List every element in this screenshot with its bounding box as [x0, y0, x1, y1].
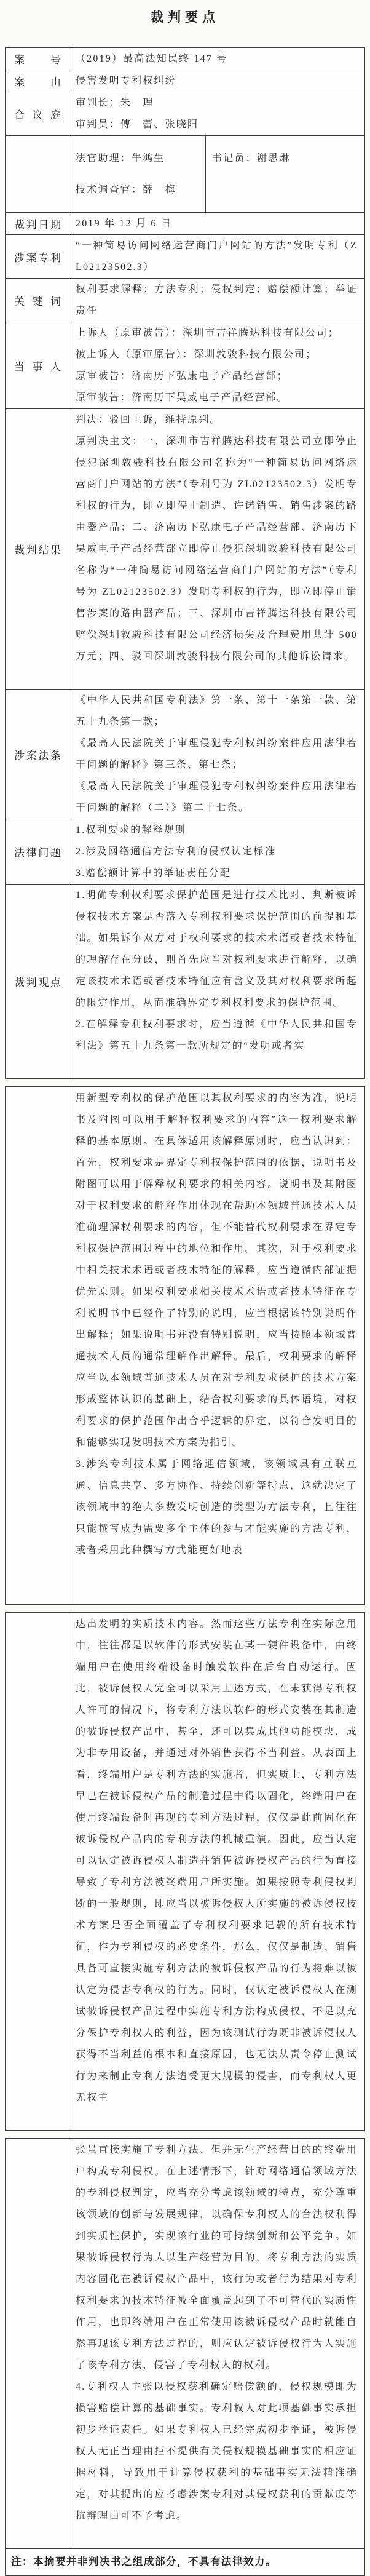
statute-2: 《最高人民法院关于审理侵犯专利权纠纷案件应用法律若干问题的解释》第三条、第七条；	[76, 733, 358, 776]
court-clerk: 书记员：谢思琳	[212, 148, 358, 169]
table-row-judgment-date: 裁判日期 2019 年 12 月 6 日	[6, 212, 364, 234]
panel-staff-label-cell	[6, 136, 69, 212]
table-row-legal-issues: 法律问题 1.权利要求的解释规则 2.涉及网络通信方法专利的侵权认定标准 3.赔…	[6, 819, 364, 884]
table-row-case-number: 案号 （2019）最高法知民终 147 号	[6, 48, 364, 70]
party-appellant: 上诉人（原审被告）：深圳市吉祥腾达科技有限公司；	[76, 322, 358, 344]
issue-3: 3.赔偿额计算中的举证责任分配	[76, 862, 358, 884]
table-row-opinions-part4: 张虽直接实施了专利方法、但并无生产经营目的的终端用户构成专利侵权。在上述情形下，…	[6, 2139, 364, 2548]
table-row-patent: 涉案专利 “一种简易访问网络运营商门户网站的方法”发明专利（ZL02123502…	[6, 234, 364, 278]
judges: 审判员：傅 蕾、张晓阳	[76, 114, 358, 135]
page-break-1	[0, 1079, 370, 1086]
result-label-cell: 裁判结果	[6, 409, 69, 689]
disclaimer-note: 注：本摘要并非判决书之组成部分，不具有法律效力。	[6, 2548, 364, 2575]
party-defendant-2: 原审被告：济南历下昊威电子产品经营部。	[76, 387, 358, 408]
table-row-result: 裁判结果 判决：驳回上诉，维持原判。 原判决主文：一、深圳市吉祥腾达科技有限公司…	[6, 408, 364, 689]
party-appellee: 被上诉人（原审原告）：深圳敦骏科技有限公司；	[76, 344, 358, 365]
opinions-part4: 张虽直接实施了专利方法、但并无生产经营目的的终端用户构成专利侵权。在上述情形下，…	[69, 2139, 364, 2548]
opinions-part1: 1.明确专利权利要求保护范围是进行技术比对、判断被诉侵权技术方案是否落入专利权利…	[69, 885, 364, 1078]
opinion-paragraph-1: 1.明确专利权利要求保护范围是进行技术比对、判断被诉侵权技术方案是否落入专利权利…	[76, 885, 358, 1014]
panel-judges: 审判长：朱 理 审判员：傅 蕾、张晓阳	[69, 92, 364, 135]
opinion-paragraph-3-start: 3.涉案专利技术属于网络通信领域，该领域具有互联互通、信息共享、多方协作、持续创…	[76, 1453, 358, 1561]
tech-investigator: 技术调查官：薛 梅	[76, 179, 199, 201]
cause-label-cell: 案由	[6, 70, 69, 92]
keywords-label-cell: 关键词	[6, 279, 69, 322]
issue-1: 1.权利要求的解释规则	[76, 819, 358, 841]
opinions-part3: 达出发明的实质技术内容。然而这些方法专利在实际应用中，往往都是以软件的形式安装在…	[69, 1613, 364, 2130]
opinion-paragraph-2-continued: 用新型专利权的保护范围以其权利要求的内容为准，说明书及附图可以用于解释权利要求的…	[76, 1087, 358, 1453]
table-row-cause: 案由 侵害发明专利权纠纷	[6, 70, 364, 92]
patent-label-cell: 涉案专利	[6, 235, 69, 278]
presiding-judge: 审判长：朱 理	[76, 92, 358, 114]
judgment-summary-document: 裁判要点 案号 （2019）最高法知民终 147 号 案由 侵害发明专利权纠纷 …	[0, 0, 370, 2576]
opinion-paragraph-3-end: 张虽直接实施了专利方法、但并无生产经营目的的终端用户构成专利侵权。在上述情形下，…	[76, 2139, 358, 2376]
opinion-paragraph-4: 4.专利权人主张以侵权获利确定赔偿额的，侵权规模即为损害赔偿计算的基础事实。专利…	[76, 2376, 358, 2527]
cause-value: 侵害发明专利权纠纷	[69, 70, 364, 92]
opinions-continued-label-cell-4	[6, 2139, 69, 2548]
opinions-continued-label-cell-2	[6, 1087, 69, 1604]
result-holding: 判决：驳回上诉，维持原判。	[76, 409, 358, 431]
statute-3: 《最高人民法院关于审理侵犯专利权纠纷案件应用法律若干问题的解释（二）》第二十七条…	[76, 776, 358, 819]
page-title: 裁判要点	[0, 9, 370, 26]
parties-label-cell: 当事人	[6, 322, 69, 408]
clerk-cell: 书记员：谢思琳	[206, 136, 364, 212]
issue-2: 2.涉及网络通信方法专利的侵权认定标准	[76, 841, 358, 862]
judge-assistant: 法官助理：牛鸿生	[76, 148, 199, 169]
case-number-value: （2019）最高法知民终 147 号	[69, 48, 364, 70]
assistant-cell: 法官助理：牛鸿生 技术调查官：薛 梅	[69, 136, 206, 212]
table-row-panel-staff: 法官助理：牛鸿生 技术调查官：薛 梅 书记员：谢思琳	[6, 135, 364, 212]
table-row-parties: 当事人 上诉人（原审被告）：深圳市吉祥腾达科技有限公司； 被上诉人（原审原告）：…	[6, 322, 364, 408]
opinion-paragraph-2-start: 2.在解释专利权利要求时，应当遵循《中华人民共和国专利法》第五十九条第一款所规定…	[76, 1014, 358, 1057]
page-break-3	[0, 2131, 370, 2138]
judgment-date-value: 2019 年 12 月 6 日	[69, 213, 364, 234]
opinions-part2: 用新型专利权的保护范围以其权利要求的内容为准，说明书及附图可以用于解释权利要求的…	[69, 1087, 364, 1604]
result-value: 判决：驳回上诉，维持原判。 原判决主文：一、深圳市吉祥腾达科技有限公司立即停止侵…	[69, 409, 364, 689]
table-row-opinions-part1: 裁判观点 1.明确专利权利要求保护范围是进行技术比对、判断被诉侵权技术方案是否落…	[6, 884, 364, 1078]
statutes-value: 《中华人民共和国专利法》第一条、第十一条第一款、第五十九条第一款； 《最高人民法…	[69, 690, 364, 819]
panel-label-cell: 合议庭	[6, 92, 69, 135]
parties-value: 上诉人（原审被告）：深圳市吉祥腾达科技有限公司； 被上诉人（原审原告）：深圳敦骏…	[69, 322, 364, 408]
issues-label-cell: 法律问题	[6, 819, 69, 884]
opinions-continued-label-cell-3	[6, 1613, 69, 2130]
statute-1: 《中华人民共和国专利法》第一条、第十一条第一款、第五十九条第一款；	[76, 690, 358, 733]
table-page-2: 用新型专利权的保护范围以其权利要求的内容为准，说明书及附图可以用于解释权利要求的…	[5, 1086, 365, 1605]
table-page-4: 张虽直接实施了专利方法、但并无生产经营目的的终端用户构成专利侵权。在上述情形下，…	[5, 2138, 365, 2576]
table-row-keywords: 关键词 权利要求解释；方法专利；侵权判定；赔偿额计算；举证责任	[6, 278, 364, 322]
page-break-2	[0, 1605, 370, 1612]
table-row-panel: 合议庭 审判长：朱 理 审判员：傅 蕾、张晓阳	[6, 92, 364, 135]
table-page-1: 案号 （2019）最高法知民终 147 号 案由 侵害发明专利权纠纷 合议庭 审…	[5, 47, 365, 1079]
party-defendant-1: 原审被告：济南历下弘康电子产品经营部；	[76, 365, 358, 387]
opinion-paragraph-3-continued: 达出发明的实质技术内容。然而这些方法专利在实际应用中，往往都是以软件的形式安装在…	[76, 1613, 358, 2109]
panel-staff-cells: 法官助理：牛鸿生 技术调查官：薛 梅 书记员：谢思琳	[69, 136, 364, 212]
result-original-judgment: 原判决主文：一、深圳市吉祥腾达科技有限公司立即停止侵犯深圳敦骏科技有限公司名称为…	[76, 431, 358, 667]
case-number-label-cell: 案号	[6, 48, 69, 70]
patent-value: “一种简易访问网络运营商门户网站的方法”发明专利（ZL02123502.3）	[69, 235, 364, 278]
table-row-opinions-part3: 达出发明的实质技术内容。然而这些方法专利在实际应用中，往往都是以软件的形式安装在…	[6, 1613, 364, 2130]
keywords-value: 权利要求解释；方法专利；侵权判定；赔偿额计算；举证责任	[69, 279, 364, 322]
issues-value: 1.权利要求的解释规则 2.涉及网络通信方法专利的侵权认定标准 3.赔偿额计算中…	[69, 819, 364, 884]
table-row-opinions-part2: 用新型专利权的保护范围以其权利要求的内容为准，说明书及附图可以用于解释权利要求的…	[6, 1087, 364, 1604]
table-row-statutes: 涉案法条 《中华人民共和国专利法》第一条、第十一条第一款、第五十九条第一款； 《…	[6, 689, 364, 819]
opinions-label-cell: 裁判观点	[6, 885, 69, 1078]
statutes-label-cell: 涉案法条	[6, 690, 69, 819]
date-label-cell: 裁判日期	[6, 213, 69, 234]
table-page-3: 达出发明的实质技术内容。然而这些方法专利在实际应用中，往往都是以软件的形式安装在…	[5, 1612, 365, 2131]
